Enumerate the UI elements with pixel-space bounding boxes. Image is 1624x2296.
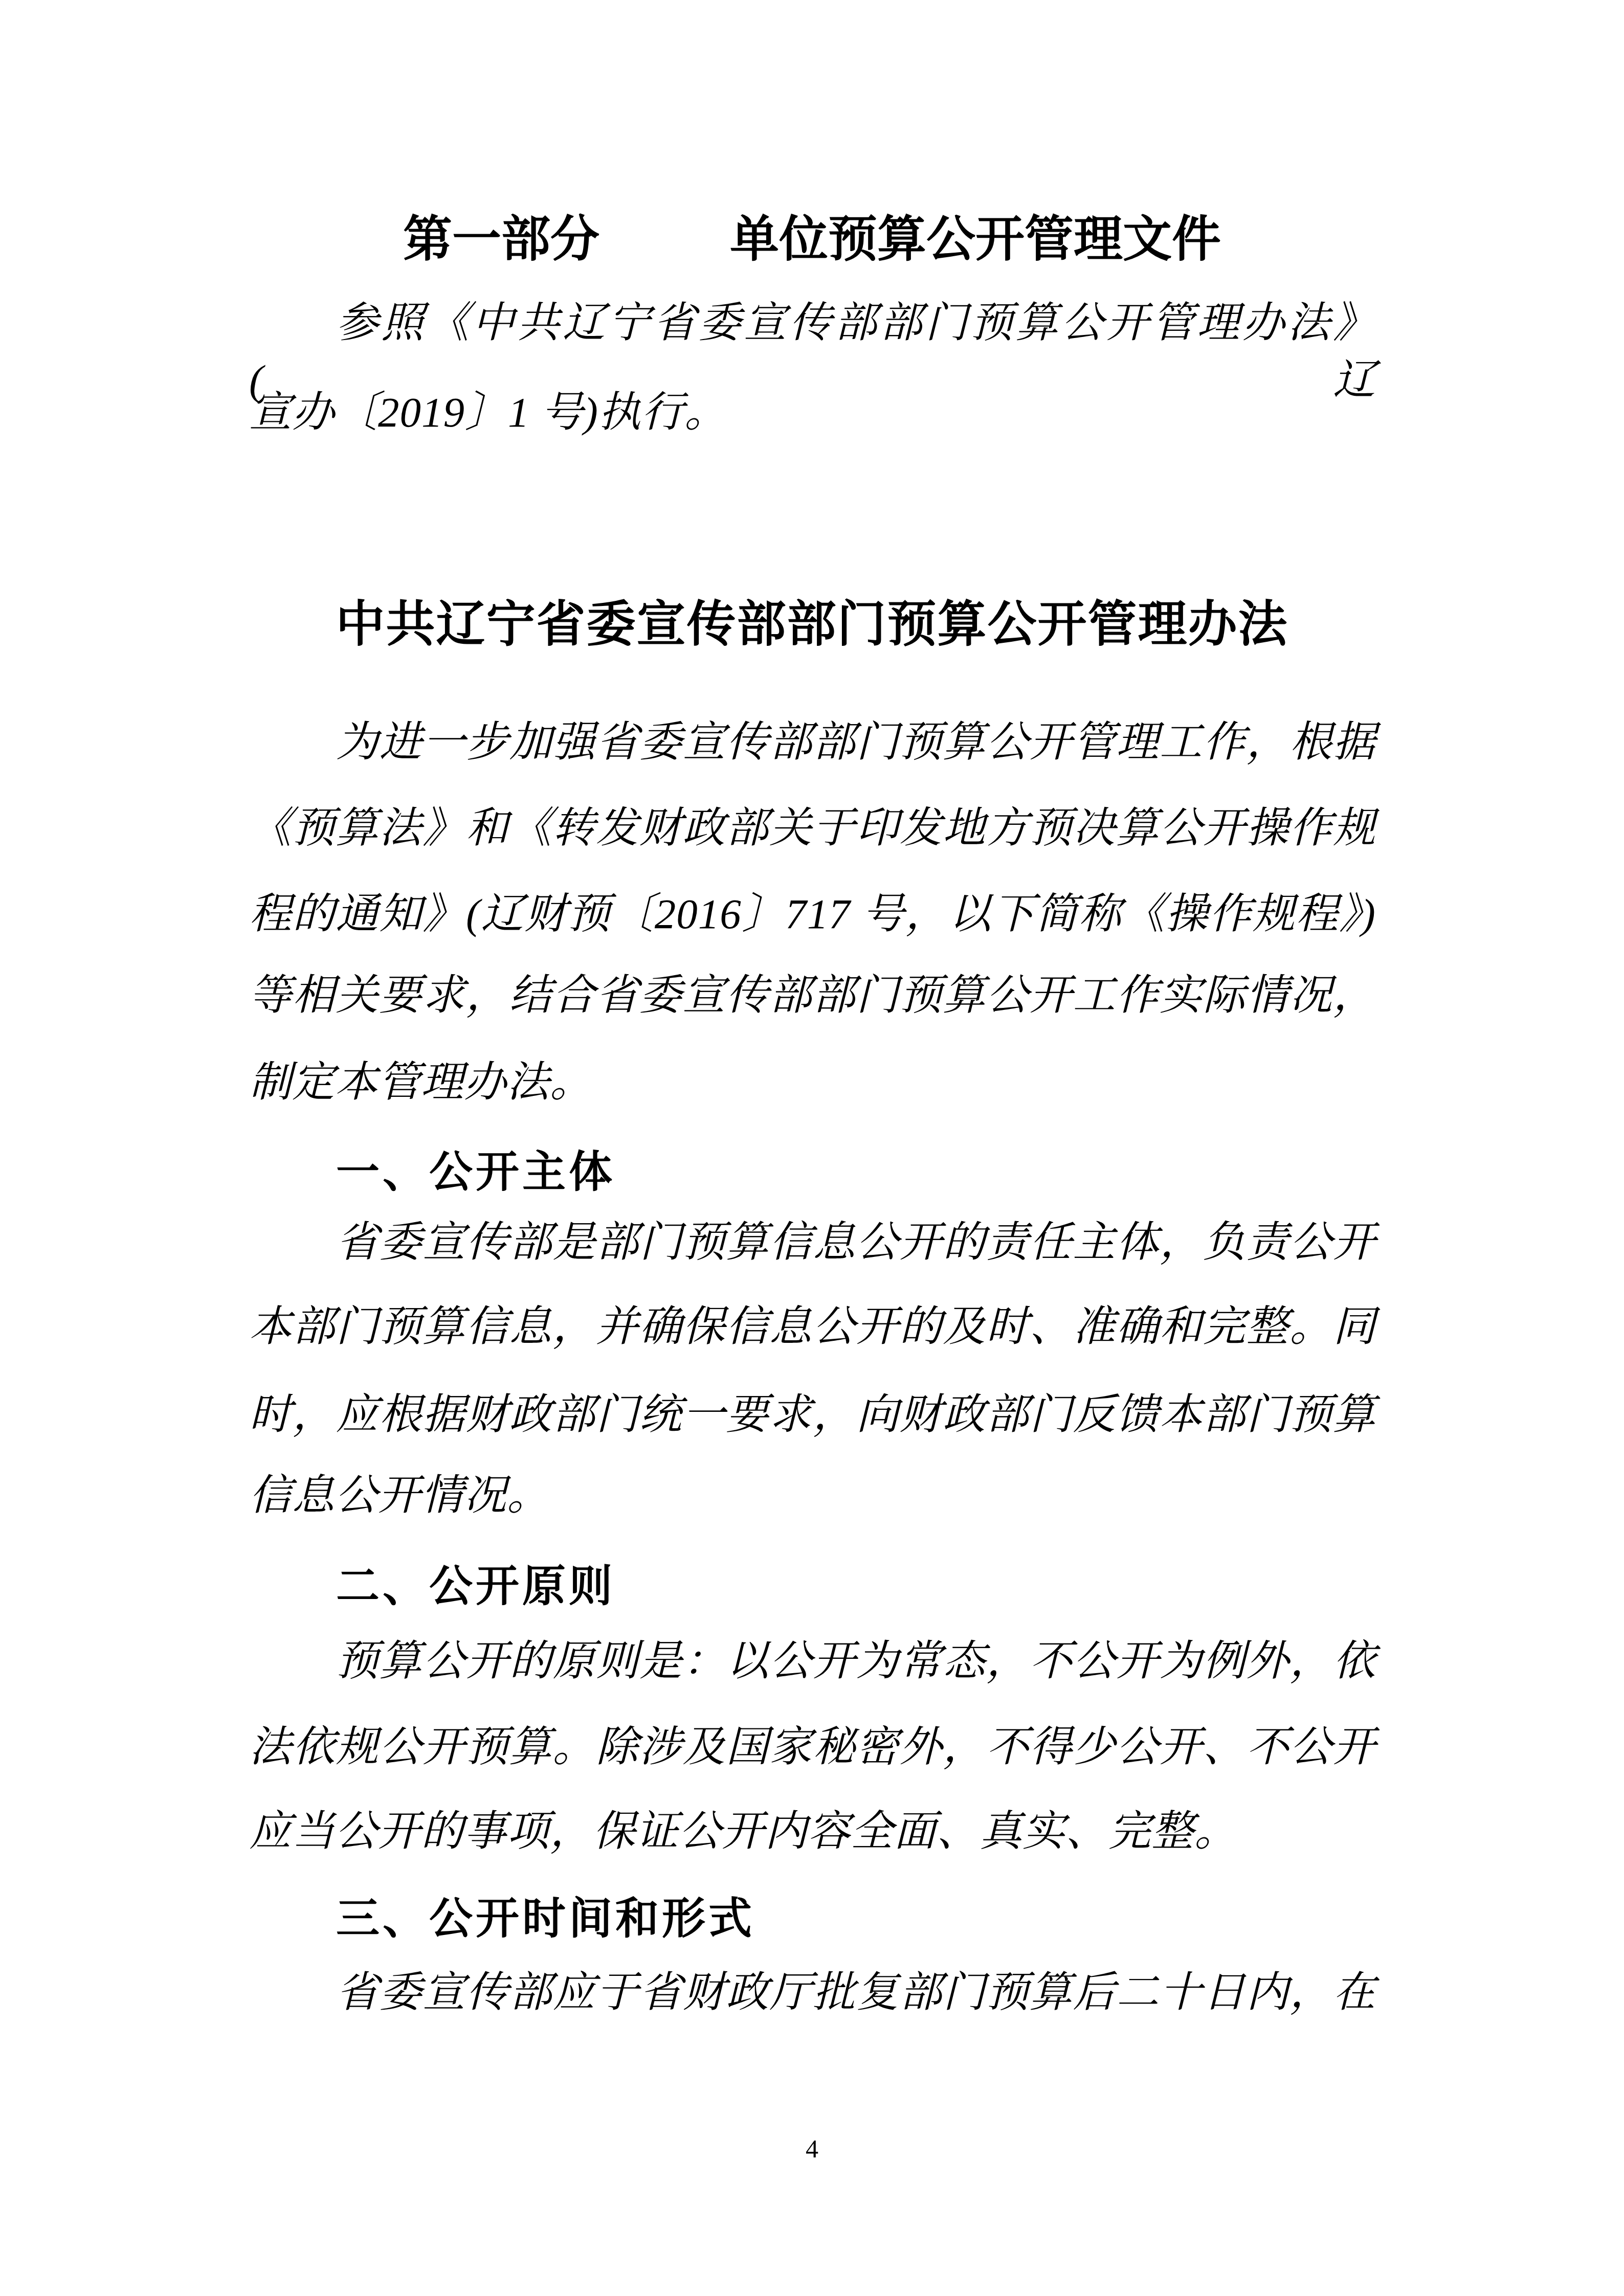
- preamble-line-2: 《预算法》和《转发财政部关于印发地方预决算公开操作规: [249, 799, 1376, 857]
- section1-heading: 一、公开主体: [249, 1144, 1376, 1201]
- part-heading-title: 单位预算公开管理文件: [730, 207, 1221, 271]
- section2-line-3: 应当公开的事项，保证公开内容全面、真实、完整。: [249, 1803, 1376, 1860]
- part-heading-number: 第一部分: [403, 207, 599, 271]
- part-heading: 第一部分 单位预算公开管理文件: [0, 207, 1624, 271]
- section3-line-1: 省委宣传部应于省财政厅批复部门预算后二十日内，在: [249, 1964, 1376, 2021]
- document-page: 第一部分 单位预算公开管理文件 参照《中共辽宁省委宣传部部门预算公开管理办法》(…: [0, 0, 1624, 2296]
- preamble-line-4: 等相关要求，结合省委宣传部部门预算公开工作实际情况，: [249, 966, 1376, 1024]
- preamble-line-5: 制定本管理办法。: [249, 1053, 1376, 1111]
- section1-line-4: 信息公开情况。: [249, 1467, 1376, 1524]
- section1-line-3: 时，应根据财政部门统一要求，向财政部门反馈本部门预算: [249, 1386, 1376, 1443]
- section1-line-1: 省委宣传部是部门预算信息公开的责任主体，负责公开: [249, 1213, 1376, 1271]
- section2-line-2: 法依规公开预算。除涉及国家秘密外，不得少公开、不公开: [249, 1718, 1376, 1775]
- preamble-line-3: 程的通知》(辽财预〔2016〕717 号，以下简称《操作规程》): [249, 885, 1376, 942]
- preamble-line-1: 为进一步加强省委宣传部部门预算公开管理工作，根据: [249, 713, 1376, 771]
- section2-heading: 二、公开原则: [249, 1559, 1376, 1615]
- section2-line-1: 预算公开的原则是：以公开为常态，不公开为例外，依: [249, 1632, 1376, 1690]
- section3-heading: 三、公开时间和形式: [249, 1891, 1376, 1947]
- intro-line-2: 宣办〔2019〕1 号)执行。: [249, 384, 1376, 441]
- section1-line-2: 本部门预算信息，并确保信息公开的及时、准确和完整。同: [249, 1298, 1376, 1355]
- page-number: 4: [0, 2133, 1624, 2164]
- document-title: 中共辽宁省委宣传部部门预算公开管理办法: [0, 592, 1624, 656]
